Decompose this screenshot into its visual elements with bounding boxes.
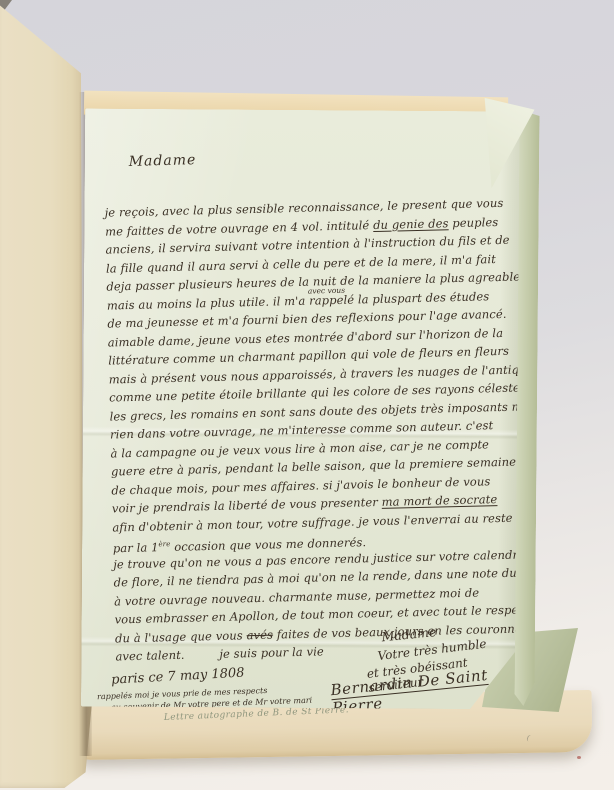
letter-body: je reçois, avec la plus sensible reconna… bbox=[104, 193, 527, 666]
dust-speck bbox=[577, 756, 581, 759]
dateline: paris ce 7 may 1808 bbox=[111, 666, 245, 688]
interline-insertion: avec vous bbox=[308, 286, 345, 296]
book-photo: Lettre autographe de B. de St Pierre. Ma… bbox=[0, 0, 614, 790]
letter-heading: Madame bbox=[129, 152, 197, 170]
autograph-letter: Madame je reçois, avec la plus sensible … bbox=[81, 108, 527, 709]
